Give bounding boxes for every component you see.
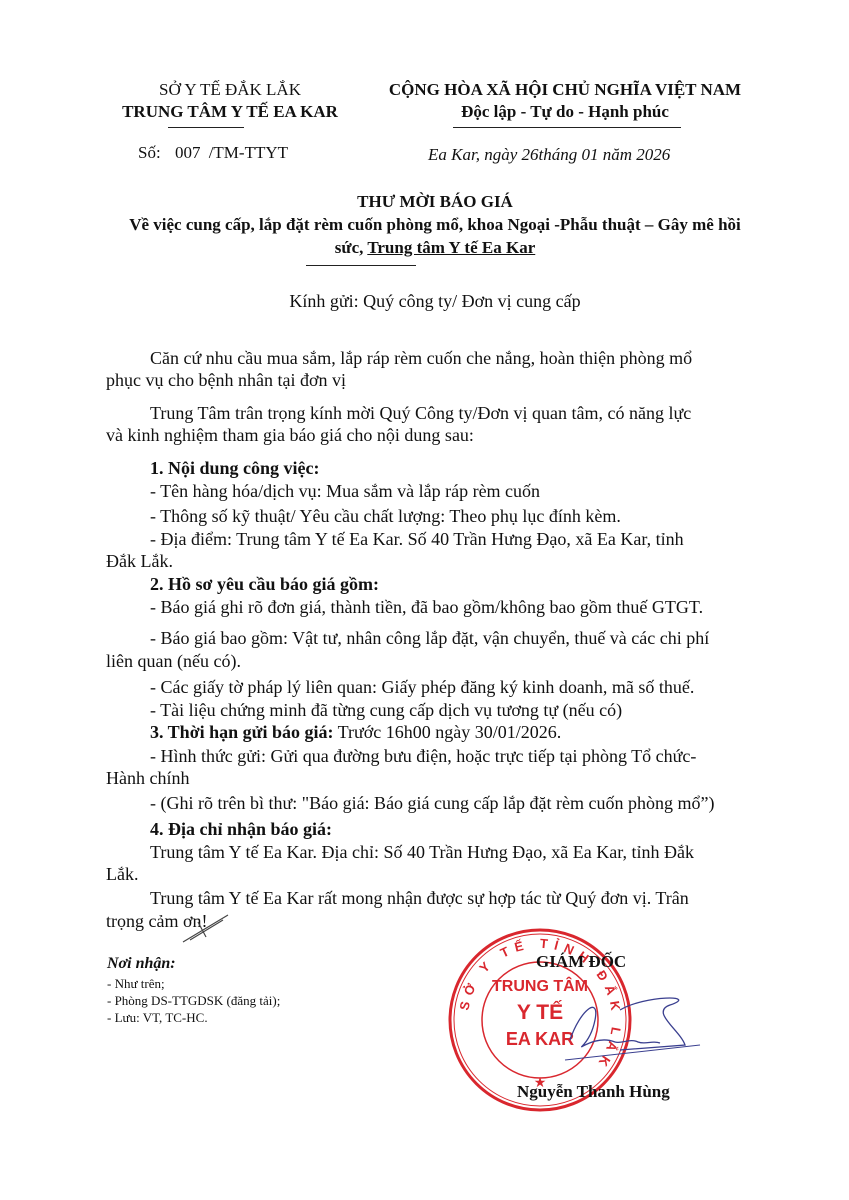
handwritten-signature-icon (560, 990, 710, 1070)
department-name: SỞ Y TẾ ĐẮK LẮK (100, 80, 360, 100)
document-number: Số: 007 /TM-TTYT (138, 143, 288, 163)
section-3-deadline: Trước 16h00 ngày 30/01/2026. (334, 722, 562, 742)
section-1-item-2: - Thông số kỹ thuật/ Yêu cầu chất lượng:… (150, 506, 621, 527)
section-3-item-2: - (Ghi rõ trên bì thư: "Báo giá: Báo giá… (150, 793, 714, 814)
recipients-heading: Nơi nhận: (107, 955, 176, 973)
motto-underline (453, 127, 681, 128)
number-value: 007 (175, 143, 201, 162)
section-2-item-3: - Các giấy tờ pháp lý liên quan: Giấy ph… (150, 677, 694, 698)
section-1-item-1: - Tên hàng hóa/dịch vụ: Mua sắm và lắp r… (150, 481, 540, 502)
section-3-line: 3. Thời hạn gửi báo giá: Trước 16h00 ngà… (150, 722, 561, 743)
section-4-heading: 4. Địa chỉ nhận báo giá: (150, 819, 332, 840)
national-motto: Độc lập - Tự do - Hạnh phúc (360, 102, 770, 122)
subject-underline (306, 265, 416, 266)
initials-mark (178, 912, 238, 947)
section-2-heading: 2. Hồ sơ yêu cầu báo giá gồm: (150, 574, 379, 595)
section-2-item-2-cont: liên quan (nếu có). (106, 651, 241, 672)
subject-prefix: sức, (335, 238, 368, 257)
paragraph-2-line-2: và kinh nghiệm tham gia báo giá cho nội … (106, 425, 474, 446)
organization-name: TRUNG TÂM Y TẾ EA KAR (100, 102, 360, 122)
section-1-item-3-cont: Đắk Lắk. (106, 551, 173, 572)
section-1-heading: 1. Nội dung công việc: (150, 458, 320, 479)
section-1-item-3: - Địa điểm: Trung tâm Y tế Ea Kar. Số 40… (150, 529, 684, 550)
paragraph-2-line-1: Trung Tâm trân trọng kính mời Quý Công t… (150, 403, 691, 424)
section-3-item-1-cont: Hành chính (106, 768, 189, 789)
paragraph-1-line-1: Căn cứ nhu cầu mua sắm, lắp ráp rèm cuốn… (150, 348, 692, 369)
recipient-item: - Lưu: VT, TC-HC. (107, 1010, 208, 1026)
section-3-heading: 3. Thời hạn gửi báo giá: (150, 722, 334, 742)
date-line: Ea Kar, ngày 26tháng 01 năm 2026 (428, 145, 670, 165)
recipient-item: - Phòng DS-TTGDSK (đăng tải); (107, 993, 280, 1009)
signatory-name: Nguyễn Thanh Hùng (517, 1082, 670, 1102)
svg-text:Y TẾ: Y TẾ (517, 1001, 563, 1024)
salutation: Kính gửi: Quý công ty/ Đơn vị cung cấp (100, 291, 770, 312)
section-2-item-4: - Tài liệu chứng minh đã từng cung cấp d… (150, 700, 622, 721)
country-name: CỘNG HÒA XÃ HỘI CHỦ NGHĨA VIỆT NAM (360, 80, 770, 100)
section-2-item-1: - Báo giá ghi rõ đơn giá, thành tiền, đã… (150, 597, 703, 618)
number-label: Số: (138, 143, 161, 162)
subject-underlined: Trung tâm Y tế Ea Kar (367, 238, 535, 257)
org-underline (168, 127, 244, 128)
document-title: THƯ MỜI BÁO GIÁ (100, 192, 770, 212)
number-suffix: /TM-TTYT (209, 143, 288, 162)
section-2-item-2: - Báo giá bao gồm: Vật tư, nhân công lắp… (150, 628, 709, 649)
signatory-title: GIÁM ĐỐC (536, 952, 626, 972)
closing-line-1: Trung tâm Y tế Ea Kar rất mong nhận được… (150, 888, 689, 909)
subject-line-1: Về việc cung cấp, lắp đặt rèm cuốn phòng… (100, 215, 770, 235)
section-4-line-1: Trung tâm Y tế Ea Kar. Địa chỉ: Số 40 Tr… (150, 842, 694, 863)
subject-line-2: sức, Trung tâm Y tế Ea Kar (100, 238, 770, 258)
paragraph-1-line-2: phục vụ cho bệnh nhân tại đơn vị (106, 370, 346, 391)
section-4-line-2: Lắk. (106, 864, 138, 885)
recipient-item: - Như trên; (107, 976, 165, 992)
section-3-item-1: - Hình thức gửi: Gửi qua đường bưu điện,… (150, 746, 696, 767)
